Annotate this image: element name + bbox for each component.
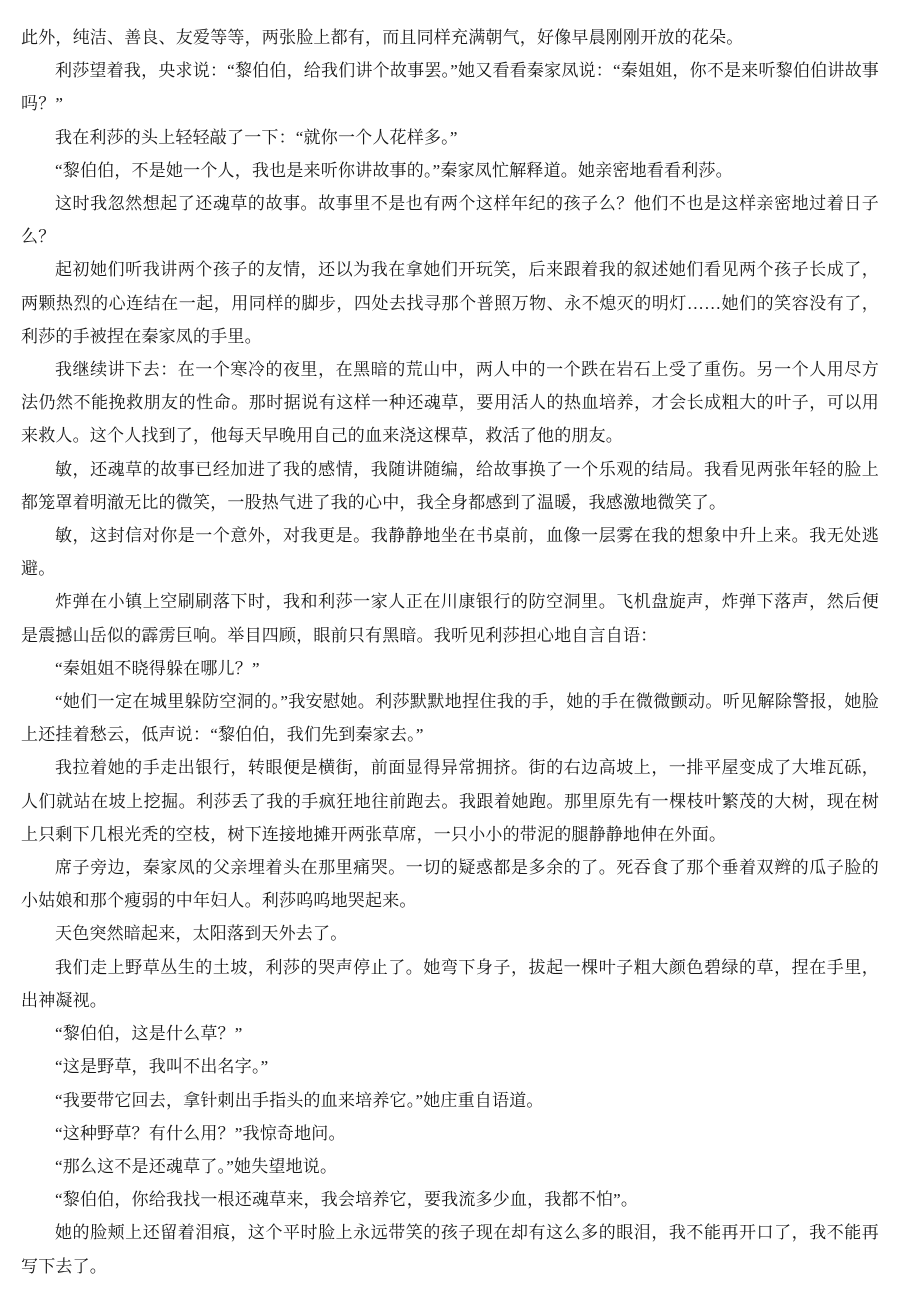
paragraph: 敏，还魂草的故事已经加进了我的感情，我随讲随编，给故事换了一个乐观的结局。我看见… <box>21 453 879 519</box>
paragraph: 此外，纯洁、善良、友爱等等，两张脸上都有，而且同样充满朝气，好像早晨刚刚开放的花… <box>21 21 879 54</box>
paragraph: “黎伯伯，这是什么草？” <box>21 1017 879 1050</box>
paragraph: “黎伯伯，你给我找一根还魂草来，我会培养它，要我流多少血，我都不怕”。 <box>21 1183 879 1216</box>
paragraph: 席子旁边，秦家凤的父亲埋着头在那里痛哭。一切的疑惑都是多余的了。死吞食了那个垂着… <box>21 851 879 917</box>
paragraph: “这种野草？有什么用？”我惊奇地问。 <box>21 1117 879 1150</box>
paragraph: 敏，这封信对你是一个意外，对我更是。我静静地坐在书桌前，血像一层雾在我的想象中升… <box>21 519 879 585</box>
paragraph: “我要带它回去，拿针刺出手指头的血来培养它。”她庄重自语道。 <box>21 1084 879 1117</box>
paragraph: 我拉着她的手走出银行，转眼便是横街，前面显得异常拥挤。街的右边高坡上，一排平屋变… <box>21 751 879 851</box>
paragraph: 我在利莎的头上轻轻敲了一下：“就你一个人花样多。” <box>21 121 879 154</box>
paragraph: “秦姐姐不晓得躲在哪儿？” <box>21 652 879 685</box>
paragraph: “这是野草，我叫不出名字。” <box>21 1050 879 1083</box>
paragraph: “那么这不是还魂草了。”她失望地说。 <box>21 1150 879 1183</box>
paragraph: 起初她们听我讲两个孩子的友情，还以为我在拿她们开玩笑，后来跟着我的叙述她们看见两… <box>21 253 879 353</box>
paragraph: 我们走上野草丛生的土坡，利莎的哭声停止了。她弯下身子，拔起一棵叶子粗大颜色碧绿的… <box>21 951 879 1017</box>
paragraph: “黎伯伯，不是她一个人，我也是来听你讲故事的。”秦家凤忙解释道。她亲密地看看利莎… <box>21 154 879 187</box>
paragraph: 我继续讲下去：在一个寒冷的夜里，在黑暗的荒山中，两人中的一个跌在岩石上受了重伤。… <box>21 353 879 453</box>
paragraph: 天色突然暗起来，太阳落到天外去了。 <box>21 917 879 950</box>
paragraph: 利莎望着我，央求说：“黎伯伯，给我们讲个故事罢。”她又看看秦家凤说：“秦姐姐，你… <box>21 54 879 120</box>
paragraph: 她的脸颊上还留着泪痕，这个平时脸上永远带笑的孩子现在却有这么多的眼泪，我不能再开… <box>21 1216 879 1282</box>
paragraph: “她们一定在城里躲防空洞的。”我安慰她。利莎默默地捏住我的手，她的手在微微颤动。… <box>21 685 879 751</box>
paragraph: 炸弹在小镇上空刷刷落下时，我和利莎一家人正在川康银行的防空洞里。飞机盘旋声，炸弹… <box>21 585 879 651</box>
document-page: 此外，纯洁、善良、友爱等等，两张脸上都有，而且同样充满朝气，好像早晨刚刚开放的花… <box>0 0 900 1297</box>
paragraph: 这时我忽然想起了还魂草的故事。故事里不是也有两个这样年纪的孩子么？他们不也是这样… <box>21 187 879 253</box>
